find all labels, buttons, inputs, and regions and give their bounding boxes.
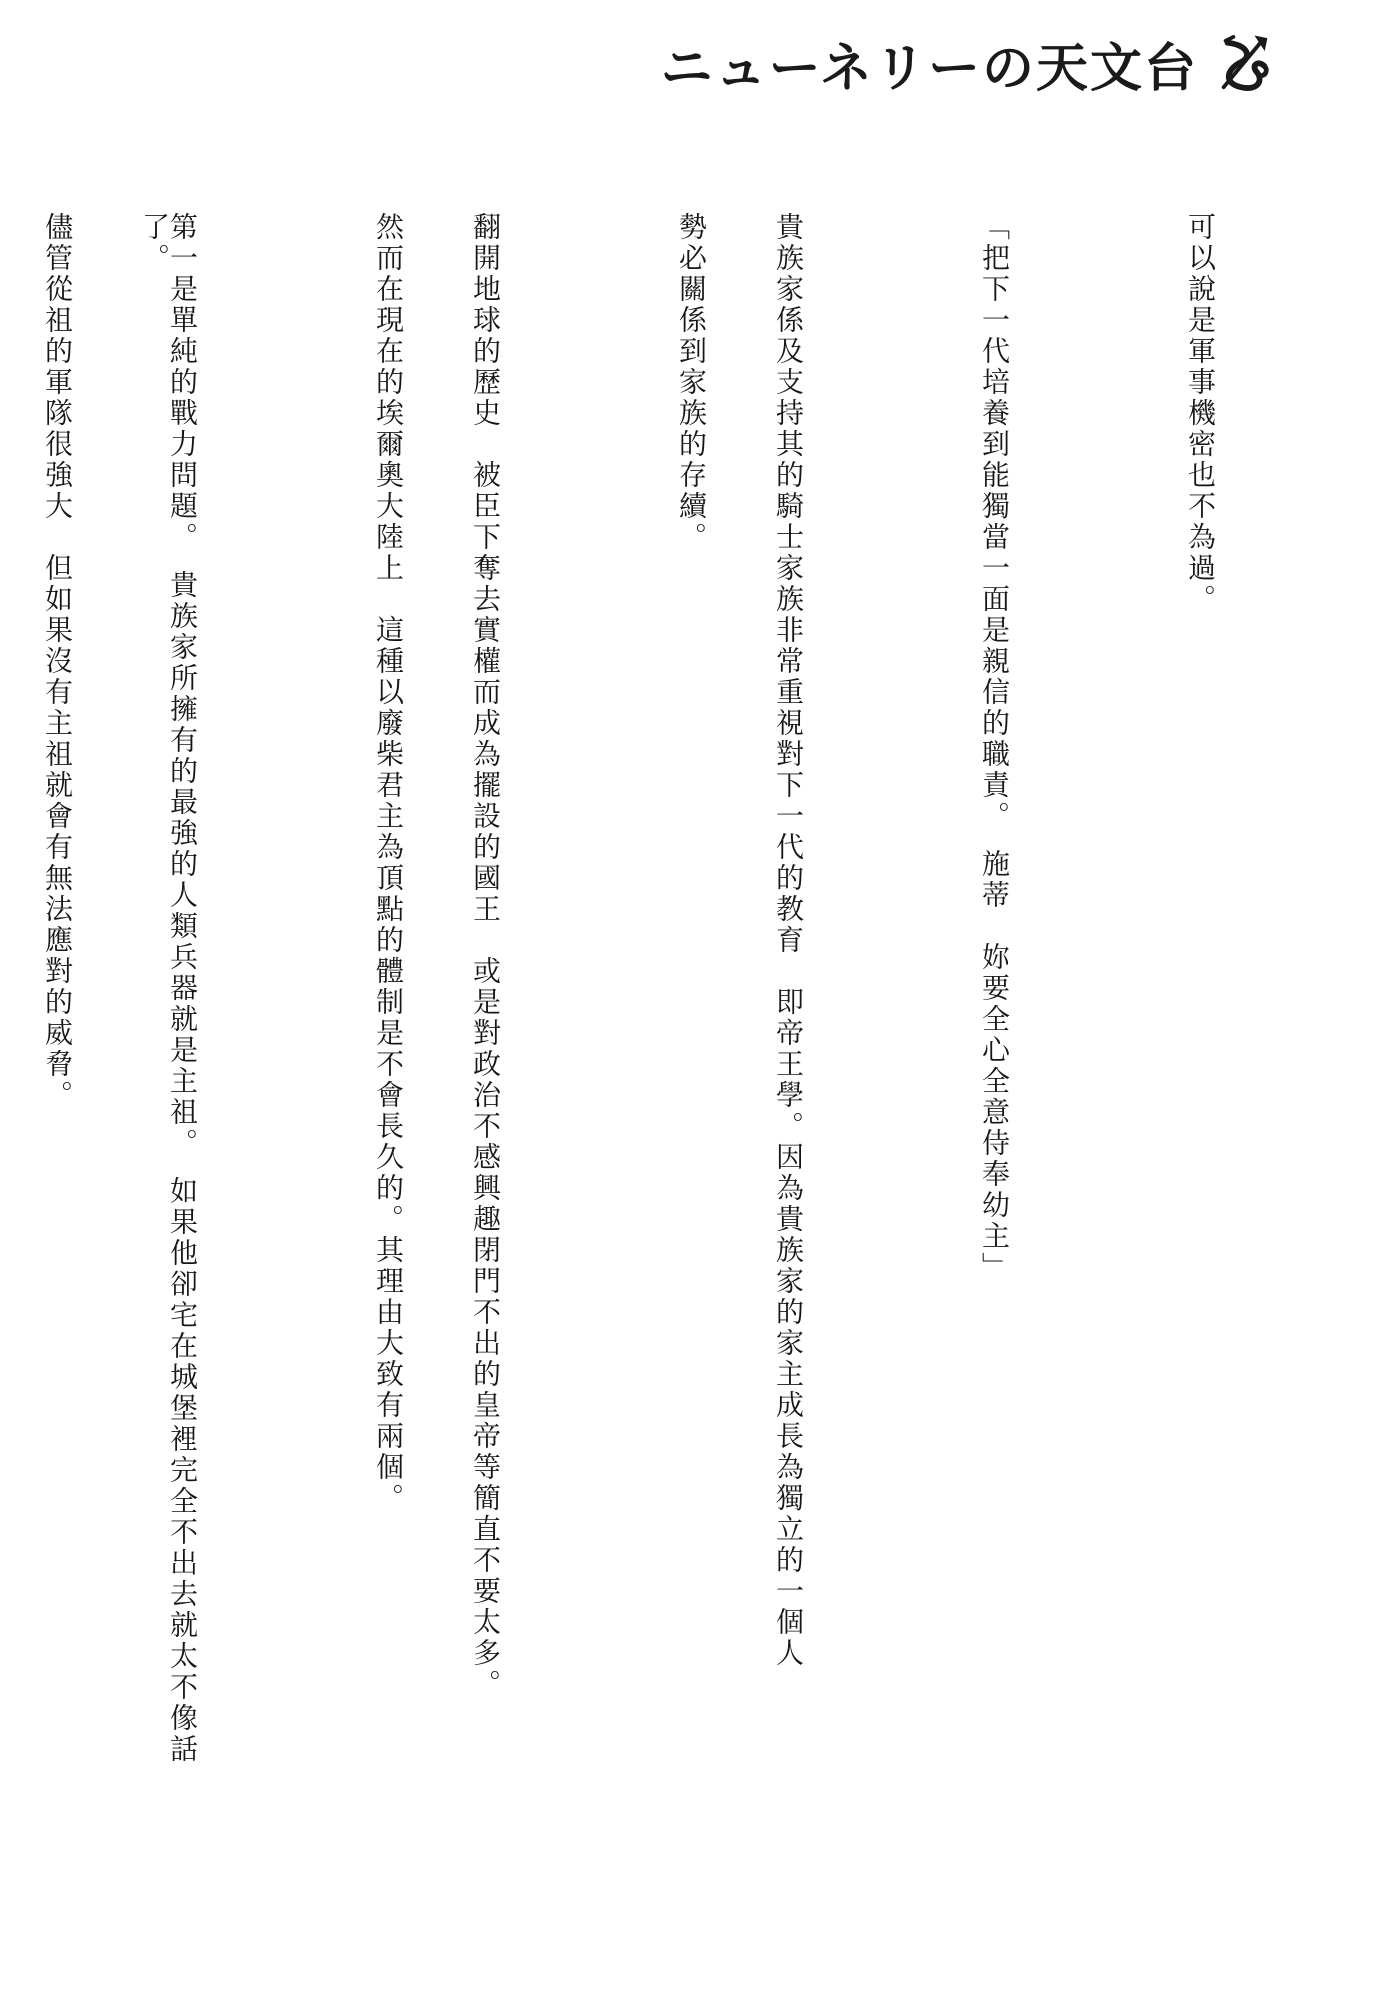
blank-line <box>568 212 608 1812</box>
novel-page: ニューネリーの天文台 可以說是軍事機密也不為過。 「把下一代培養到能獨當一面是親… <box>0 0 1400 1991</box>
text-column: 儘管從祖的軍隊很強大 但如果沒有主祖就會有無法應對的威脅。 <box>43 212 71 1812</box>
text-column: 翻開地球的歷史 被臣下奪去實權而成為擺設的國王 或是對政治不感興趣閉門不出的皇帝… <box>471 212 499 1812</box>
text-column: 可以說是軍事機密也不為過。 <box>1186 212 1214 1812</box>
blank-line <box>1077 212 1117 1812</box>
text-column: 然而在現在的埃爾奧大陸上 這種以廢柴君主為頂點的體制是不會長久的。其理由大致有兩… <box>374 212 402 1812</box>
blank-line <box>265 212 305 1812</box>
blank-line <box>871 212 911 1812</box>
text-column: 貴族家係及支持其的騎士家族非常重視對下一代的教育 即帝王學。因為貴族家的家主成長… <box>774 212 802 1812</box>
page-title: ニューネリーの天文台 <box>661 26 1198 101</box>
vertical-text-block: 可以說是軍事機密也不為過。 「把下一代培養到能獨當一面是親信的職責。 施蒂 妳要… <box>0 212 1270 1812</box>
page-header: ニューネリーの天文台 <box>661 26 1272 101</box>
snake-and-spear-emblem-icon <box>1214 33 1272 95</box>
text-column: 「把下一代培養到能獨當一面是親信的職責。 施蒂 妳要全心全意侍奉幼主」 <box>980 212 1008 1812</box>
text-column: 勢必關係到家族的存續。 <box>677 212 705 1812</box>
text-column: 第一是單純的戰力問題。 貴族家所擁有的最強的人類兵器就是主祖。 如果他卻宅在城堡… <box>140 212 196 1812</box>
